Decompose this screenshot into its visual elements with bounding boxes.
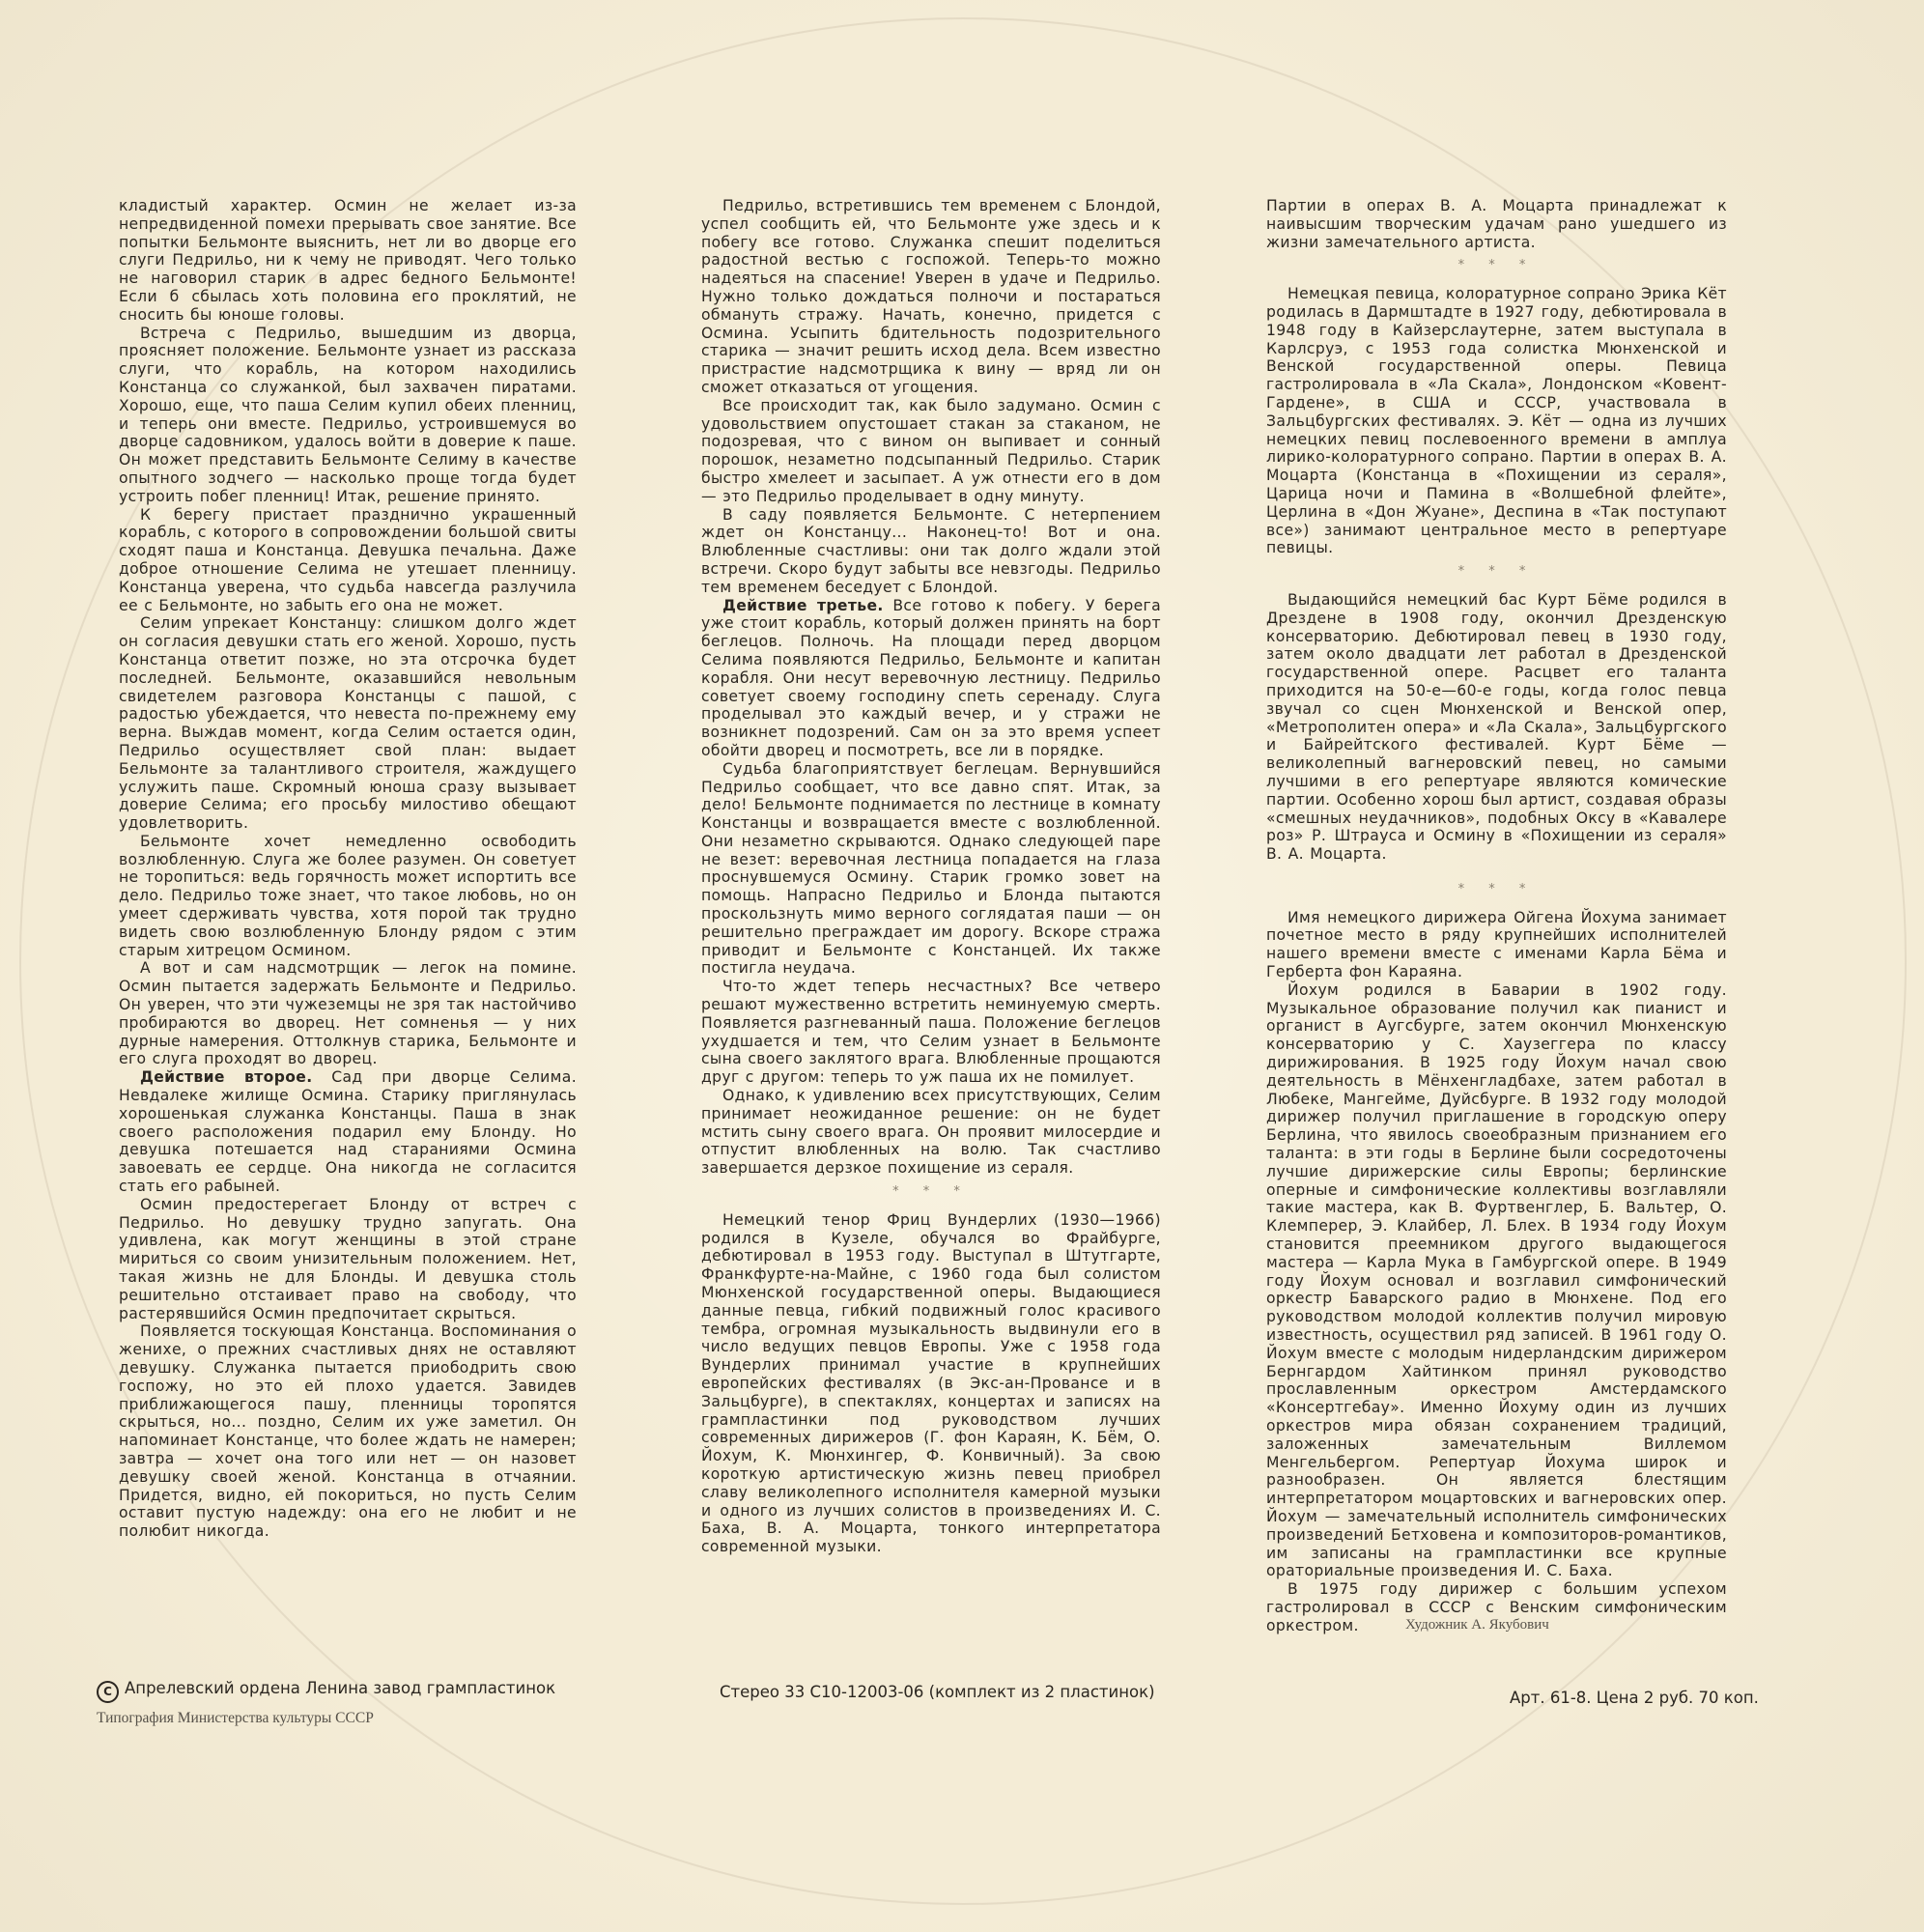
paragraph: Появляется тоскующая Констанца. Воспомин… (119, 1322, 577, 1541)
paragraph: Встреча с Педрильо, вышедшим из дворца, … (119, 325, 577, 506)
paragraph: К берегу пристает празднично украшенный … (119, 506, 577, 615)
paragraph: Что-то ждет теперь несчастных? Все четве… (701, 978, 1161, 1087)
paragraph-act-two: Действие второе. Сад при дворце Селима. … (119, 1068, 577, 1196)
section-divider: * * * (1266, 881, 1727, 899)
publisher: Апрелевский ордена Ленина завод грамплас… (125, 1679, 555, 1697)
section-divider: * * * (701, 1183, 1161, 1202)
act-heading: Действие второе. (140, 1068, 313, 1086)
paragraph: Партии в операх В. А. Моцарта принадлежа… (1266, 197, 1727, 251)
paragraph: Осмин предостерегает Блонду от встреч с … (119, 1196, 577, 1323)
paragraph: В саду появляется Бельмонте. С нетерпени… (701, 506, 1161, 597)
price-label: Арт. 61-8. Цена 2 руб. 70 коп. (1510, 1689, 1759, 1707)
paragraph-koth-bio: Немецкая певица, колоратурное сопрано Эр… (1266, 285, 1727, 557)
copyright-icon: C (97, 1681, 119, 1703)
column-libretto-part1: кладистый характер. Осмин не желает из-з… (119, 197, 577, 1541)
paragraph: Однако, к удивлению всех присутствующих,… (701, 1087, 1161, 1178)
paragraph: А вот и сам надсмотрщик — легок на помин… (119, 959, 577, 1068)
section-divider: * * * (1266, 257, 1727, 275)
paragraph: Селим упрекает Констанцу: слишком долго … (119, 614, 577, 833)
section-divider: * * * (1266, 563, 1727, 582)
paragraph: Педрильо, встретившись тем временем с Бл… (701, 197, 1161, 397)
paragraph-jochum-bio: Йохум родился в Баварии в 1902 году. Муз… (1266, 981, 1727, 1580)
artist-credit: Художник А. Якубович (1405, 1617, 1549, 1634)
act-heading: Действие третье. (722, 597, 884, 614)
paragraph: Все происходит так, как было задумано. О… (701, 397, 1161, 506)
paragraph-jochum-intro: Имя немецкого дирижера Ойгена Йохума зан… (1266, 909, 1727, 981)
paragraph: кладистый характер. Осмин не желает из-з… (119, 197, 577, 325)
paragraph: Судьба благоприятствует беглецам. Вернув… (701, 760, 1161, 979)
paragraph-wunderlich-bio: Немецкий тенор Фриц Вундерлих (1930—1966… (701, 1211, 1161, 1556)
paragraph: Бельмонте хочет немедленно освободить во… (119, 833, 577, 960)
publisher-line: CАпрелевский ордена Ленина завод грампла… (97, 1679, 555, 1703)
paragraph-bohme-bio: Выдающийся немецкий бас Курт Бёме родилс… (1266, 591, 1727, 864)
printer-credit: Типография Министерства культуры СССР (97, 1710, 374, 1727)
catalog-number: Стерео 33 С10-12003-06 (комплект из 2 пл… (720, 1683, 1155, 1701)
column-libretto-part2: Педрильо, встретившись тем временем с Бл… (701, 197, 1161, 1556)
paragraph-act-three: Действие третье. Все готово к побегу. У … (701, 597, 1161, 760)
column-performer-bios: Партии в операх В. А. Моцарта принадлежа… (1266, 197, 1727, 1635)
